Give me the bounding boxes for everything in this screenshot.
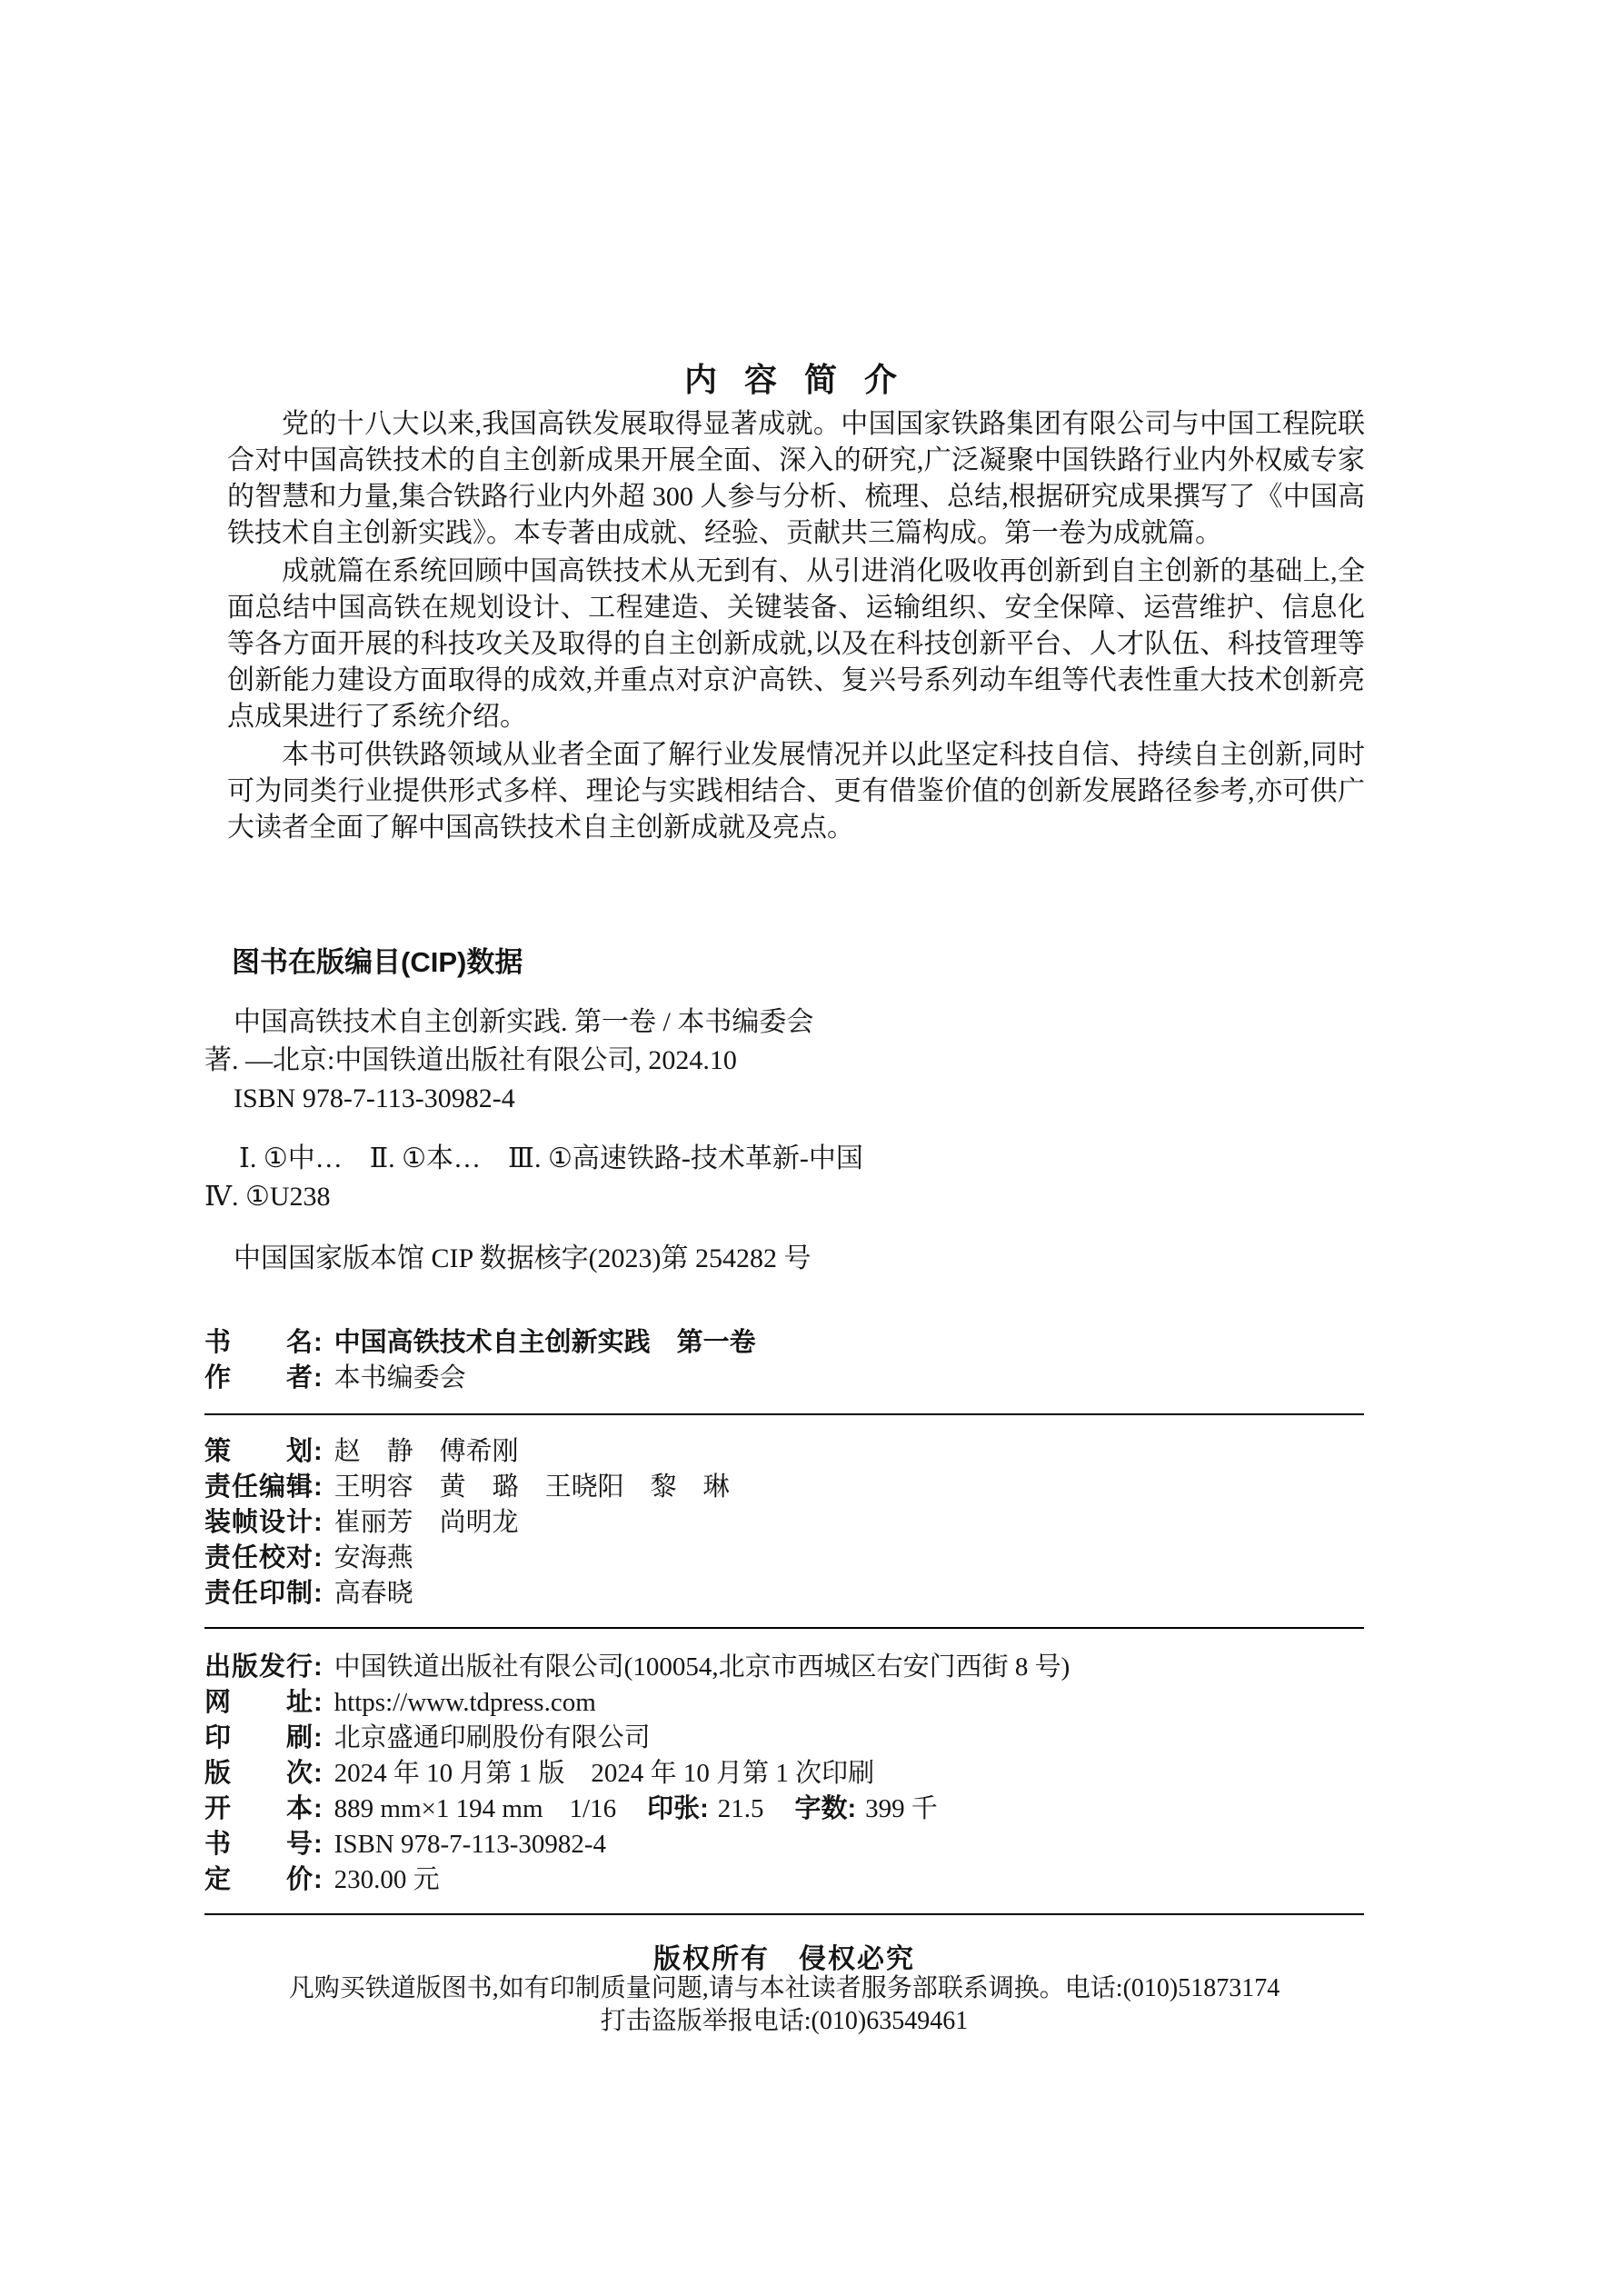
service-contact-line: 凡购买铁道版图书,如有印制质量问题,请与本社读者服务部联系调换。电话:(010)… xyxy=(204,1972,1364,2005)
price-value: 230.00 元 xyxy=(334,1862,440,1898)
cip-heading: 图书在版编目(CIP)数据 xyxy=(204,939,1364,980)
print-supervisor-label: 责任印制: xyxy=(204,1576,324,1612)
website-value: https://www.tdpress.com xyxy=(334,1685,596,1721)
printer-label: 印 刷: xyxy=(204,1721,324,1756)
author-label: 作 者: xyxy=(204,1361,324,1396)
price-row: 定 价: 230.00 元 xyxy=(204,1862,1364,1898)
website-label: 网 址: xyxy=(204,1685,324,1721)
book-number-label: 书 号: xyxy=(204,1827,324,1862)
intro-paragraph-1: 党的十八大以来,我国高铁发展取得显著成就。中国国家铁路集团有限公司与中国工程院联… xyxy=(227,406,1365,552)
intro-body: 党的十八大以来,我国高铁发展取得显著成就。中国国家铁路集团有限公司与中国工程院联… xyxy=(227,406,1365,848)
editors-value: 王明容 黄 璐 王晓阳 黎 琳 xyxy=(334,1470,730,1505)
book-number-row: 书 号: ISBN 978-7-113-30982-4 xyxy=(204,1827,1364,1862)
book-title-label: 书 名: xyxy=(204,1325,324,1361)
cip-classification: Ⅰ. ①中… Ⅱ. ①本… Ⅲ. ①高速铁路-技术革新-中国 Ⅳ. ①U238 xyxy=(204,1140,1364,1216)
proofreading-label: 责任校对: xyxy=(204,1541,324,1576)
piracy-report-line: 打击盗版举报电话:(010)63549461 xyxy=(204,2005,1364,2038)
proofreading-value: 安海燕 xyxy=(334,1541,413,1576)
words-value: 399 千 xyxy=(865,1792,938,1827)
publisher-row: 出版发行: 中国铁道出版社有限公司(100054,北京市西城区右安门西街 8 号… xyxy=(204,1650,1364,1685)
book-number-value: ISBN 978-7-113-30982-4 xyxy=(334,1827,606,1862)
publishing-block: 出版发行: 中国铁道出版社有限公司(100054,北京市西城区右安门西街 8 号… xyxy=(204,1650,1364,1898)
price-label: 定 价: xyxy=(204,1862,324,1898)
publisher-label: 出版发行: xyxy=(204,1650,324,1685)
cip-record: 中国高铁技术自主创新实践. 第一卷 / 本书编委会 著. —北京:中国铁道出版社… xyxy=(204,1003,1364,1118)
intro-paragraph-2: 成就篇在系统回顾中国高铁技术从无到有、从引进消化吸收再创新到自主创新的基础上,全… xyxy=(227,554,1365,735)
cip-class-line-1: Ⅰ. ①中… Ⅱ. ①本… Ⅲ. ①高速铁路-技术革新-中国 xyxy=(204,1140,1364,1178)
book-title-value: 中国高铁技术自主创新实践 第一卷 xyxy=(334,1325,756,1361)
format-row: 开 本: 889 mm×1 194 mm 1/16 印张: 21.5 字数: 3… xyxy=(204,1792,1364,1827)
cip-class-line-2: Ⅳ. ①U238 xyxy=(204,1178,1364,1216)
planning-value: 赵 静 傅希刚 xyxy=(334,1434,519,1470)
intro-title: 内 容 简 介 xyxy=(227,354,1363,401)
design-row: 装帧设计: 崔丽芳 尚明龙 xyxy=(204,1505,1364,1541)
website-row: 网 址: https://www.tdpress.com xyxy=(204,1685,1364,1721)
edition-value: 2024 年 10 月第 1 版 2024 年 10 月第 1 次印刷 xyxy=(334,1756,875,1792)
author-row: 作 者: 本书编委会 xyxy=(204,1361,1364,1396)
planning-row: 策 划: 赵 静 傅希刚 xyxy=(204,1434,1364,1470)
edition-row: 版 次: 2024 年 10 月第 1 版 2024 年 10 月第 1 次印刷 xyxy=(204,1756,1364,1792)
author-value: 本书编委会 xyxy=(334,1361,466,1396)
planning-label: 策 划: xyxy=(204,1434,324,1470)
divider-rule-2 xyxy=(204,1627,1364,1629)
sheets-label: 印张: xyxy=(647,1792,709,1827)
sheets-value: 21.5 xyxy=(718,1792,764,1827)
book-copyright-page: { "intro": { "title": "内 容 简 介", "paragr… xyxy=(0,0,1623,2296)
cip-record-line-1: 中国高铁技术自主创新实践. 第一卷 / 本书编委会 xyxy=(204,1003,1364,1042)
editors-row: 责任编辑: 王明容 黄 璐 王晓阳 黎 琳 xyxy=(204,1470,1364,1505)
staff-block: 策 划: 赵 静 傅希刚 责任编辑: 王明容 黄 璐 王晓阳 黎 琳 装帧设计:… xyxy=(204,1434,1364,1612)
printer-row: 印 刷: 北京盛通印刷股份有限公司 xyxy=(204,1721,1364,1756)
format-label: 开 本: xyxy=(204,1792,324,1827)
publisher-value: 中国铁道出版社有限公司(100054,北京市西城区右安门西街 8 号) xyxy=(334,1650,1070,1685)
cip-registry: 中国国家版本馆 CIP 数据核字(2023)第 254282 号 xyxy=(204,1240,1364,1278)
divider-rule-3 xyxy=(204,1913,1364,1915)
divider-rule-1 xyxy=(204,1413,1364,1415)
editors-label: 责任编辑: xyxy=(204,1470,324,1505)
print-supervisor-row: 责任印制: 高春晓 xyxy=(204,1576,1364,1612)
copyright-notice: 版权所有 侵权必究 xyxy=(204,1936,1364,1976)
design-label: 装帧设计: xyxy=(204,1505,324,1541)
proofreading-row: 责任校对: 安海燕 xyxy=(204,1541,1364,1576)
words-label: 字数: xyxy=(795,1792,857,1827)
book-info-block: 书 名: 中国高铁技术自主创新实践 第一卷 作 者: 本书编委会 xyxy=(204,1325,1364,1396)
book-title-row: 书 名: 中国高铁技术自主创新实践 第一卷 xyxy=(204,1325,1364,1361)
print-supervisor-value: 高春晓 xyxy=(334,1576,413,1612)
design-value: 崔丽芳 尚明龙 xyxy=(334,1505,519,1541)
cip-block: 图书在版编目(CIP)数据 中国高铁技术自主创新实践. 第一卷 / 本书编委会 … xyxy=(204,939,1364,1278)
cip-isbn: ISBN 978-7-113-30982-4 xyxy=(204,1080,1364,1118)
printer-value: 北京盛通印刷股份有限公司 xyxy=(334,1721,651,1756)
intro-paragraph-3: 本书可供铁路领域从业者全面了解行业发展情况并以此坚定科技自信、持续自主创新,同时… xyxy=(227,737,1365,846)
format-value: 889 mm×1 194 mm 1/16 xyxy=(334,1792,616,1827)
cip-record-line-2: 著. —北京:中国铁道出版社有限公司, 2024.10 xyxy=(204,1042,1364,1080)
edition-label: 版 次: xyxy=(204,1756,324,1792)
